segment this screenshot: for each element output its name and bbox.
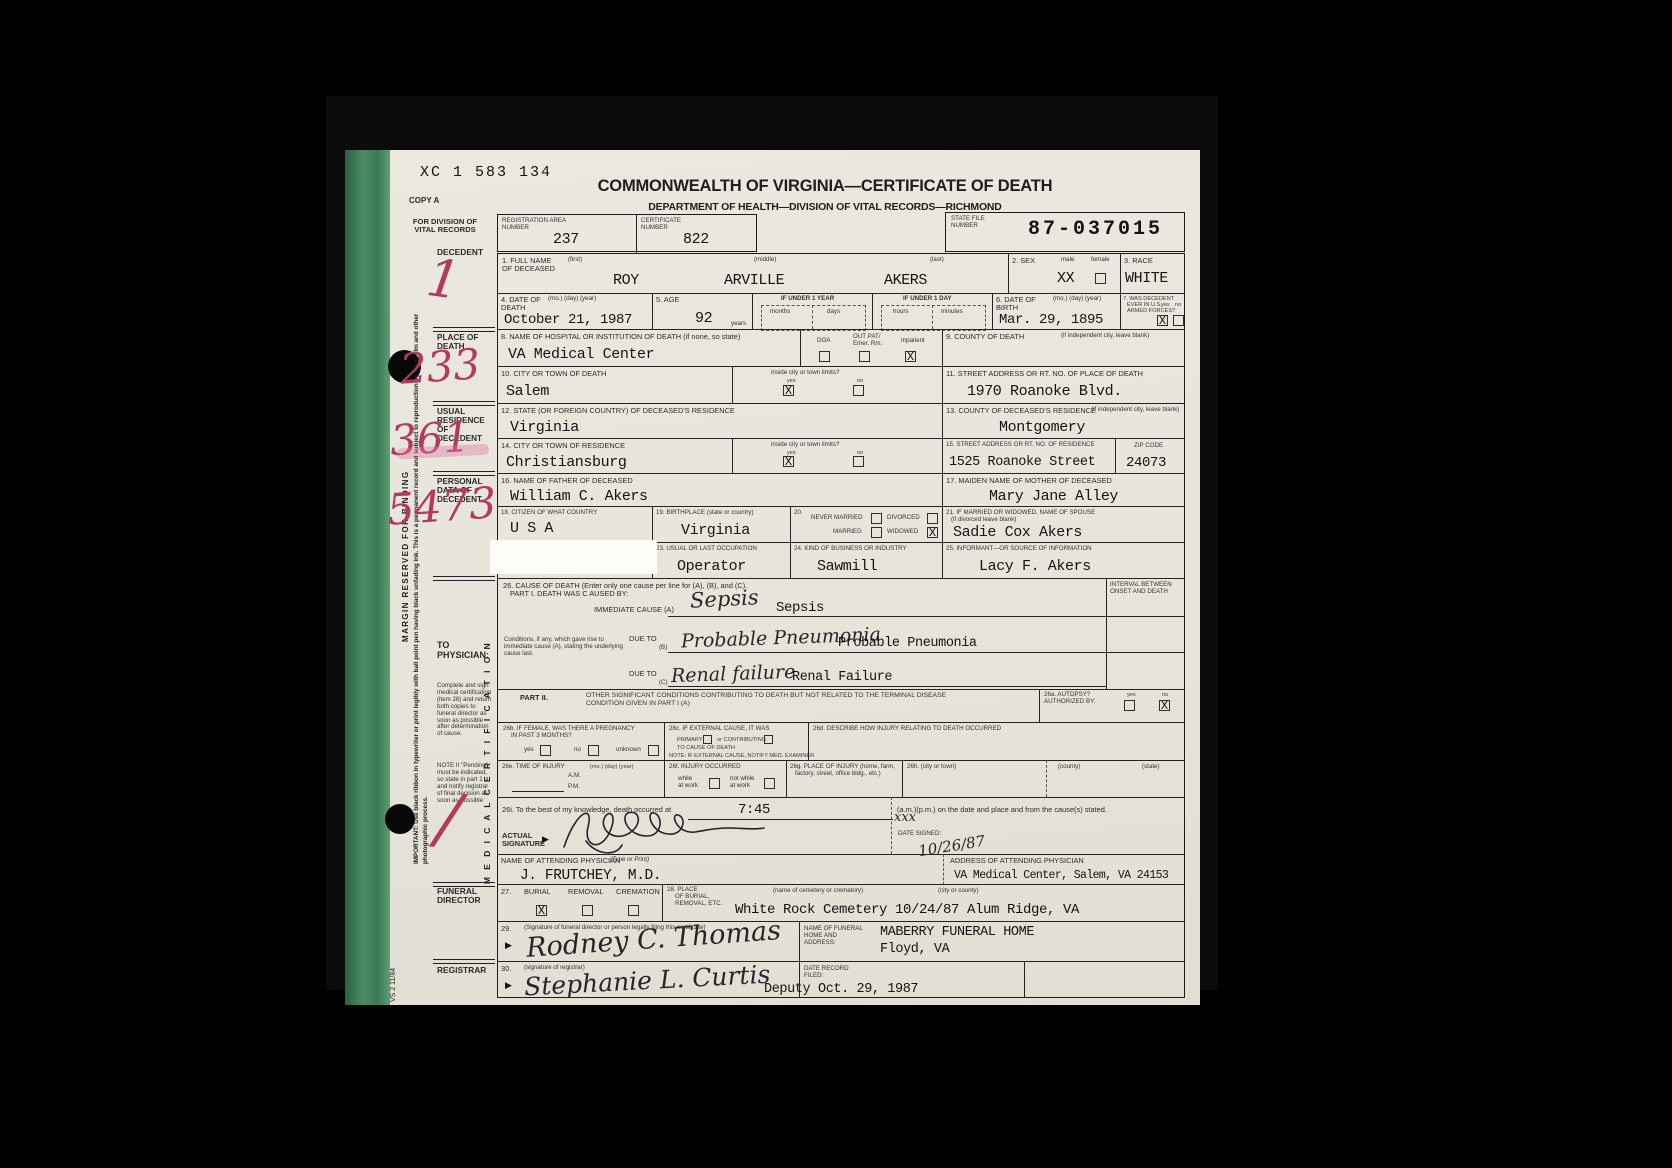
section-registrar: REGISTRAR bbox=[437, 966, 486, 974]
cell-disposition-type: 27. BURIAL REMOVAL CREMATION X bbox=[498, 885, 663, 921]
interval-rule-a bbox=[1106, 616, 1185, 617]
form-grid: 1. FULL NAME OF DECEASED (first) (middle… bbox=[497, 253, 1185, 998]
while-at-work-label2: at work bbox=[678, 783, 698, 790]
time-of-injury-label: 26e. TIME OF INJURY bbox=[502, 764, 565, 771]
interval-rule-b bbox=[1106, 652, 1185, 653]
place-of-burial-value: White Rock Cemetery 10/24/87 Alum Ridge,… bbox=[735, 903, 1079, 917]
contributing-checkbox bbox=[764, 735, 773, 744]
pregnancy-unknown-label: unknown bbox=[616, 747, 641, 754]
doa-checkbox bbox=[819, 351, 830, 362]
cell-age: 5. AGE 92 years bbox=[653, 294, 753, 329]
minutes-label: minutes bbox=[941, 309, 963, 316]
outpat-label2: Emer. Rm. bbox=[853, 341, 882, 348]
armed-forces-label3: ARMED FORCES? bbox=[1127, 308, 1175, 314]
state-file-value: 87-037015 bbox=[1028, 223, 1163, 237]
married-checkbox bbox=[871, 527, 882, 538]
pregnancy-yes-label: yes bbox=[524, 747, 534, 754]
hole-punch-bottom bbox=[385, 804, 415, 834]
business-label: 24. KIND OF BUSINESS OR INDUSTRY bbox=[794, 546, 907, 553]
cell-street-of-death: 11. STREET ADDRESS OR RT. NO. OF PLACE O… bbox=[943, 367, 1185, 403]
row-state-residence: 12. STATE (OR FOREIGN COUNTRY) OF DECEAS… bbox=[498, 403, 1184, 438]
autopsy-divider bbox=[1039, 689, 1040, 722]
pregnancy-label2: IN PAST 3 MONTHS? bbox=[511, 733, 572, 740]
time-of-injury-sublabels: (mo.) (day) (year) bbox=[590, 764, 634, 770]
cell-county-residence: 13. COUNTY OF DECEASED'S RESIDENCE (if i… bbox=[943, 404, 1185, 438]
part1-label: PART I. DEATH WAS C AUSED BY: bbox=[510, 590, 628, 598]
divider-26e-26f bbox=[664, 760, 665, 797]
middle-name-value: ARVILLE bbox=[724, 274, 784, 288]
race-value: WHITE bbox=[1125, 272, 1168, 286]
attending-physician-label: NAME OF ATTENDING PHYSICIAN bbox=[501, 857, 620, 865]
cell-business: 24. KIND OF BUSINESS OR INDUSTRY Sawmill bbox=[791, 543, 943, 578]
street-of-death-value: 1970 Roanoke Blvd. bbox=[967, 385, 1122, 399]
burial-label: BURIAL bbox=[524, 888, 551, 896]
outpat-checkbox bbox=[859, 351, 870, 362]
cell-street-residence: 15. STREET ADDRESS OR RT. NO. OF RESIDEN… bbox=[943, 439, 1116, 473]
removal-label: REMOVAL bbox=[568, 888, 604, 896]
business-value: Sawmill bbox=[817, 560, 877, 574]
b-label: (B) bbox=[659, 645, 667, 652]
f30-number: 30. bbox=[501, 965, 511, 973]
divorced-label: DIVORCED bbox=[887, 515, 920, 522]
date-signed-label: DATE SIGNED: bbox=[898, 831, 941, 838]
marital-label: 20. bbox=[794, 510, 803, 517]
am-strike-handwritten: xxx bbox=[894, 810, 916, 825]
contributing-label: or CONTRIBUTING bbox=[717, 737, 766, 743]
section-divider bbox=[433, 327, 495, 332]
handwritten-code-personal: 5473 bbox=[385, 478, 498, 536]
external-cause-label: 26c. IF EXTERNAL CAUSE, IT WAS bbox=[669, 726, 770, 733]
married-label: MARRIED bbox=[833, 529, 862, 536]
sex-female-label: female bbox=[1091, 257, 1110, 264]
divider-26b-26c bbox=[664, 722, 665, 760]
occupation-value: Operator bbox=[677, 560, 746, 574]
citizen-label: 18. CITIZEN OF WHAT COUNTRY bbox=[501, 510, 597, 517]
handwritten-code-place: 233 bbox=[398, 339, 481, 393]
physician-address-divider bbox=[943, 854, 944, 885]
divider-26f-26g bbox=[786, 760, 787, 797]
limits-residence-yes-checkbox: X bbox=[783, 456, 794, 467]
certificate-number-label: CERTIFICATE NUMBER bbox=[641, 218, 701, 232]
father-value: William C. Akers bbox=[510, 490, 648, 504]
last-name-value: AKERS bbox=[884, 274, 927, 288]
registrar-signature-arrow-icon: ▶ bbox=[505, 980, 512, 991]
cause-b-typed: Probable Pneumonia bbox=[838, 637, 977, 651]
street-residence-label: 15. STREET ADDRESS OR RT. NO. OF RESIDEN… bbox=[946, 442, 1095, 449]
inpatient-label: Inpatient bbox=[901, 338, 925, 345]
cell-county-of-death: 9. COUNTY OF DEATH (if independent city,… bbox=[943, 330, 1185, 366]
age-years-label: years bbox=[731, 321, 746, 328]
city-of-death-value: Salem bbox=[506, 385, 549, 399]
cause-a-typed: Sepsis bbox=[776, 601, 824, 615]
injury-state-divider bbox=[1046, 760, 1047, 797]
f27-number: 27. bbox=[501, 888, 511, 896]
external-cause-note: NOTE: IF EXTERNAL CAUSE, NOTIFY MED. EXA… bbox=[669, 753, 814, 759]
cell-father: 16. NAME OF FATHER OF DECEASED William C… bbox=[498, 474, 943, 506]
cremation-label: CREMATION bbox=[616, 888, 660, 896]
hospital-label: 8. NAME OF HOSPITAL OR INSTITUTION OF DE… bbox=[501, 333, 740, 341]
binding-strip bbox=[345, 150, 390, 1005]
funeral-signature-arrow-icon: ▶ bbox=[505, 940, 512, 951]
father-label: 16. NAME OF FATHER OF DECEASED bbox=[501, 477, 633, 485]
row-26i-rule bbox=[498, 797, 1185, 798]
never-married-label: NEVER MARRIED bbox=[811, 515, 863, 522]
inpatient-checkbox: X bbox=[905, 351, 916, 362]
redaction-box bbox=[490, 540, 657, 574]
sex-male-label: male bbox=[1061, 257, 1074, 264]
physician-address-value: VA Medical Center, Salem, VA 24153 bbox=[954, 869, 1168, 883]
cell-city-of-death: 10. CITY OR TOWN OF DEATH Salem bbox=[498, 367, 733, 403]
cell-city-residence: 14. CITY OR TOWN OF RESIDENCE Christians… bbox=[498, 439, 733, 473]
burial-checkbox: X bbox=[536, 905, 547, 916]
injury-city-label: 26h. (city or town) bbox=[907, 764, 956, 771]
signature-arrow-icon: ▶ bbox=[542, 834, 549, 845]
limits-residence-label: inside city or town limits? bbox=[771, 442, 839, 449]
cell-if-under-1-year: IF UNDER 1 YEAR months days bbox=[753, 294, 873, 329]
date-of-death-label2: DEATH bbox=[501, 304, 526, 312]
registration-boxes: REGISTRATION AREA NUMBER 237 CERTIFICATE… bbox=[497, 214, 757, 252]
handwritten-code-decedent: 1 bbox=[423, 248, 464, 312]
row-26b-rule bbox=[498, 722, 1185, 723]
cell-city-limits-death: inside city or town limits? yes no X bbox=[733, 367, 943, 403]
cause-c-line bbox=[668, 686, 1106, 687]
actual-signature-label2: SIGNATURE bbox=[502, 840, 545, 848]
part2-top-rule bbox=[498, 689, 1185, 690]
not-while-label2: at work bbox=[730, 783, 750, 790]
county-residence-value: Montgomery bbox=[999, 421, 1085, 435]
full-name-label2: OF DECEASED bbox=[502, 265, 555, 273]
cell-funeral-director: 29. (Signature of funeral director or pe… bbox=[498, 922, 1185, 961]
row-medical-certification: 26. CAUSE OF DEATH (Enter only one cause… bbox=[498, 578, 1184, 884]
cell-zip: ZIP CODE 24073 bbox=[1116, 439, 1185, 473]
interval-label: INTERVAL BETWEEN ONSET AND DEATH bbox=[1110, 582, 1182, 596]
age-label: 5. AGE bbox=[656, 296, 679, 304]
cell-if-under-1-day: IF UNDER 1 DAY hours minutes bbox=[873, 294, 993, 329]
part2-label: PART II. bbox=[520, 694, 548, 702]
city-residence-value: Christiansburg bbox=[506, 456, 626, 470]
part2-text: OTHER SIGNIFICANT CONDITIONS CONTRIBUTIN… bbox=[586, 692, 986, 707]
pm-label: P.M. bbox=[568, 784, 580, 791]
funeral-home-label3: ADDRESS: bbox=[804, 940, 836, 947]
mother-label: 17. MAIDEN NAME OF MOTHER OF DECEASED bbox=[946, 477, 1112, 485]
under-1-year-label: IF UNDER 1 YEAR bbox=[781, 296, 834, 303]
birthplace-label: 19. BIRTHPLACE (state or country) bbox=[656, 510, 754, 517]
funeral-director-signature: Rodney C. Thomas bbox=[525, 915, 782, 964]
injury-state-label: (state) bbox=[1142, 764, 1160, 771]
zip-value: 24073 bbox=[1126, 456, 1166, 470]
cell-date-of-birth: 6. DATE OF BIRTH (mo.) (day) (year) Mar.… bbox=[993, 294, 1121, 329]
primary-label: PRIMARY bbox=[677, 737, 702, 743]
pregnancy-yes-checkbox bbox=[540, 745, 551, 756]
row-26e-rule bbox=[498, 760, 1185, 761]
date-filed-value: Oct. 29, 1987 bbox=[818, 983, 918, 997]
cell-date-of-death: 4. DATE OF DEATH (mo.) (day) (year) Octo… bbox=[498, 294, 653, 329]
state-file-label: STATE FILE NUMBER bbox=[951, 216, 997, 230]
first-name-value: ROY bbox=[613, 274, 639, 288]
date-of-birth-value: Mar. 29, 1895 bbox=[999, 313, 1103, 327]
sex-male-mark: XX bbox=[1057, 272, 1074, 286]
autopsy-yes-checkbox bbox=[1124, 700, 1135, 711]
to-cause-label: TO CAUSE OF DEATH bbox=[677, 745, 735, 751]
autopsy-no-label: no bbox=[1162, 692, 1168, 698]
date-of-birth-sublabels: (mo.) (day) (year) bbox=[1053, 296, 1101, 303]
county-of-death-note: (if independent city, leave blank) bbox=[1061, 333, 1149, 340]
cemetery-note: (name of cemetery or crematory) bbox=[773, 888, 863, 895]
date-of-birth-label2: BIRTH bbox=[996, 304, 1018, 312]
due-to-c-label: DUE TO bbox=[629, 670, 657, 678]
physician-instruction-note: Complete and sign medical certification … bbox=[437, 683, 493, 738]
cell-citizen: 18. CITIZEN OF WHAT COUNTRY U S A bbox=[498, 507, 653, 542]
cell-occupation: 23. USUAL OR LAST OCCUPATION Operator bbox=[653, 543, 791, 578]
hospital-value: VA Medical Center bbox=[508, 348, 654, 362]
death-certificate: MARGIN RESERVED FOR BINDING IMPORTANT: U… bbox=[345, 150, 1200, 1005]
funeral-home-value: MABERRY FUNERAL HOME bbox=[880, 926, 1034, 940]
autopsy-yes-label: yes bbox=[1127, 692, 1136, 698]
section-divider bbox=[433, 959, 495, 964]
divider-26g-26h bbox=[902, 760, 903, 797]
pregnancy-unknown-checkbox bbox=[648, 745, 659, 756]
armed-forces-no-label: no bbox=[1175, 302, 1181, 308]
row-citizenship: 18. CITIZEN OF WHAT COUNTRY U S A 19. BI… bbox=[498, 506, 1184, 542]
death-occurred-rest: (a.m.)(p.m.) on the date and place and f… bbox=[897, 806, 1107, 814]
cell-informant: 25. INFORMANT—OR SOURCE OF INFORMATION L… bbox=[943, 543, 1185, 578]
spouse-note: (if divorced leave blank) bbox=[951, 517, 1016, 524]
never-married-checkbox bbox=[871, 513, 882, 524]
copy-for-label: FOR DIVISION OF VITAL RECORDS bbox=[403, 218, 487, 234]
birthplace-value: Virginia bbox=[681, 524, 750, 538]
due-to-b-label: DUE TO bbox=[629, 635, 657, 643]
row-parents: 16. NAME OF FATHER OF DECEASED William C… bbox=[498, 473, 1184, 506]
primary-checkbox bbox=[703, 735, 712, 744]
cell-sex: 2. SEX male female XX bbox=[1009, 254, 1121, 293]
armed-forces-yes-checkbox: X bbox=[1157, 315, 1168, 326]
date-record-label2: FILED: bbox=[804, 973, 823, 980]
state-residence-label: 12. STATE (OR FOREIGN COUNTRY) OF DECEAS… bbox=[501, 407, 735, 415]
row-funeral-director: 29. (Signature of funeral director or pe… bbox=[498, 921, 1184, 961]
row-city-of-death: 10. CITY OR TOWN OF DEATH Salem inside c… bbox=[498, 366, 1184, 403]
cause-c-typed: Renal Failure bbox=[792, 671, 892, 685]
registration-area-value: 237 bbox=[553, 233, 579, 247]
cell-armed-forces: 7. WAS DECEDENT EVER IN U.S. ARMED FORCE… bbox=[1121, 294, 1185, 329]
cell-race: 3. RACE WHITE bbox=[1121, 254, 1185, 293]
date-of-death-sublabels: (mo.) (day) (year) bbox=[548, 296, 596, 303]
sex-label: 2. SEX bbox=[1012, 257, 1035, 265]
limits-label: inside city or town limits? bbox=[771, 370, 839, 377]
limits-no-label: no bbox=[857, 378, 863, 384]
spouse-value: Sadie Cox Akers bbox=[953, 526, 1082, 540]
race-label: 3. RACE bbox=[1124, 257, 1153, 265]
last-label: (last) bbox=[930, 257, 944, 264]
cause-a-line bbox=[668, 616, 1106, 617]
funeral-home-city-value: Floyd, VA bbox=[880, 943, 949, 957]
place-of-burial-label3: REMOVAL, ETC. bbox=[675, 901, 722, 908]
city-county-note: (city or county) bbox=[938, 888, 979, 895]
row-date-of-death: 4. DATE OF DEATH (mo.) (day) (year) Octo… bbox=[498, 293, 1184, 329]
city-residence-label: 14. CITY OR TOWN OF RESIDENCE bbox=[501, 442, 625, 450]
sex-female-checkbox bbox=[1095, 273, 1106, 284]
cell-hospital: 8. NAME OF HOSPITAL OR INSTITUTION OF DE… bbox=[498, 330, 801, 366]
c-label: (C) bbox=[659, 680, 668, 687]
armed-forces-no-checkbox bbox=[1173, 315, 1184, 326]
under-1-day-divider bbox=[932, 305, 933, 329]
cause-c-handwritten: Renal failure bbox=[671, 661, 796, 687]
state-file-box: STATE FILE NUMBER 87-037015 bbox=[945, 212, 1185, 252]
immediate-cause-label: IMMEDIATE CAUSE (A) bbox=[594, 606, 674, 614]
under-1-day-label: IF UNDER 1 DAY bbox=[903, 296, 952, 303]
county-residence-note: (if independent city, leave blank) bbox=[1091, 407, 1179, 414]
autopsy-label2: AUTHORIZED BY: bbox=[1044, 699, 1096, 706]
limits-no-checkbox bbox=[853, 385, 864, 396]
cell-state-residence: 12. STATE (OR FOREIGN COUNTRY) OF DECEAS… bbox=[498, 404, 943, 438]
registration-area-label: REGISTRATION AREA NUMBER bbox=[502, 218, 572, 232]
pregnancy-no-label: no bbox=[574, 747, 581, 754]
widowed-label: WIDOWED bbox=[887, 529, 918, 536]
months-label: months bbox=[770, 309, 790, 316]
street-residence-value: 1525 Roanoke Street bbox=[949, 456, 1095, 470]
copy-label: COPY A bbox=[409, 197, 439, 205]
autopsy-no-checkbox: X bbox=[1159, 700, 1170, 711]
form-number: VS 2 11/84 bbox=[390, 940, 397, 1002]
cell-registrar: 30. (signature of registrar) ▶ Stephanie… bbox=[498, 962, 1185, 998]
hours-label: hours bbox=[893, 309, 908, 316]
cell-spouse: 21. IF MARRIED OR WIDOWED, NAME OF SPOUS… bbox=[943, 507, 1185, 542]
county-of-death-label: 9. COUNTY OF DEATH bbox=[946, 333, 1024, 341]
physician-signature bbox=[556, 801, 771, 857]
cell-death-status: DOA OUT PAT/ Emer. Rm. Inpatient X bbox=[801, 330, 943, 366]
pregnancy-no-checkbox bbox=[588, 745, 599, 756]
cremation-checkbox bbox=[628, 905, 639, 916]
physician-address-label: ADDRESS OF ATTENDING PHYSICIAN bbox=[950, 857, 1084, 865]
section-to-physician: TO PHYSICIAN: bbox=[437, 640, 495, 660]
street-of-death-label: 11. STREET ADDRESS OR RT. NO. OF PLACE O… bbox=[946, 370, 1143, 378]
doa-label: DOA bbox=[817, 338, 830, 345]
cell-place-of-burial: 28. PLACE OF BURIAL, REMOVAL, ETC. (name… bbox=[663, 885, 1185, 921]
cell-medical-certification: 26. CAUSE OF DEATH (Enter only one cause… bbox=[498, 579, 1185, 884]
armed-forces-yes-label: yes bbox=[1161, 302, 1170, 308]
city-of-death-label: 10. CITY OR TOWN OF DEATH bbox=[501, 370, 606, 378]
widowed-checkbox: X bbox=[927, 527, 938, 538]
row-full-name: 1. FULL NAME OF DECEASED (first) (middle… bbox=[498, 254, 1184, 293]
county-residence-label: 13. COUNTY OF DECEASED'S RESIDENCE bbox=[946, 407, 1096, 415]
certificate-number-value: 822 bbox=[683, 233, 709, 247]
age-value: 92 bbox=[695, 312, 712, 326]
cause-a-handwritten: Sepsis bbox=[689, 585, 759, 613]
row-disposition: 27. BURIAL REMOVAL CREMATION X 28. PLACE… bbox=[498, 884, 1184, 921]
zip-label: ZIP CODE bbox=[1134, 443, 1163, 450]
date-signed-divider bbox=[891, 797, 892, 854]
attending-physician-note: (Type or Print) bbox=[610, 857, 649, 864]
citizen-value: U S A bbox=[510, 522, 553, 536]
not-while-checkbox bbox=[764, 778, 775, 789]
cell-city-limits-residence: inside city or town limits? yes no X bbox=[733, 439, 943, 473]
date-of-death-value: October 21, 1987 bbox=[504, 313, 632, 327]
time-line bbox=[512, 791, 564, 792]
section-divider bbox=[433, 576, 495, 581]
physician-row-rule bbox=[498, 854, 1185, 855]
row-registrar: 30. (signature of registrar) ▶ Stephanie… bbox=[498, 961, 1184, 998]
removal-checkbox bbox=[582, 905, 593, 916]
conditions-note: Conditions, if any, which gave rise to i… bbox=[504, 637, 626, 658]
describe-injury-label: 26d. DESCRIBE HOW INJURY RELATING TO DEA… bbox=[813, 726, 1001, 733]
days-label: days bbox=[827, 309, 840, 316]
section-divider bbox=[433, 471, 495, 476]
am-label: A.M. bbox=[568, 773, 581, 780]
funeral-home-divider bbox=[799, 922, 800, 962]
injury-occurred-label: 26f. INJURY OCCURRED bbox=[669, 764, 741, 771]
cell-marital-status: 20. NEVER MARRIED DIVORCED MARRIED WIDOW… bbox=[791, 507, 943, 542]
injury-county-label: (county) bbox=[1058, 764, 1080, 771]
place-of-injury-label2: factory, street, office bldg., etc.) bbox=[795, 771, 881, 778]
informant-value: Lacy F. Akers bbox=[979, 560, 1091, 574]
state-residence-value: Virginia bbox=[510, 421, 579, 435]
section-divider bbox=[433, 401, 495, 406]
under-1-year-divider bbox=[812, 305, 813, 329]
limits-residence-no-checkbox bbox=[853, 456, 864, 467]
mother-value: Mary Jane Alley bbox=[989, 490, 1118, 504]
row-city-residence: 14. CITY OR TOWN OF RESIDENCE Christians… bbox=[498, 438, 1184, 473]
divorced-checkbox bbox=[927, 513, 938, 524]
while-at-work-checkbox bbox=[709, 778, 720, 789]
middle-label: (middle) bbox=[754, 257, 776, 264]
f29-number: 29. bbox=[501, 925, 511, 933]
limits-yes-checkbox: X bbox=[783, 385, 794, 396]
occupation-label: 23. USUAL OR LAST OCCUPATION bbox=[656, 546, 757, 553]
deputy-value: Deputy bbox=[764, 983, 810, 997]
photo-background: { "document": { "stamp": "XC 1 583 134",… bbox=[0, 0, 1672, 1168]
interval-column-line bbox=[1106, 579, 1107, 689]
attending-physician-value: J. FRUTCHEY, M.D. bbox=[520, 869, 661, 883]
stamp-number: XC 1 583 134 bbox=[420, 166, 552, 180]
cell-mother: 17. MAIDEN NAME OF MOTHER OF DECEASED Ma… bbox=[943, 474, 1185, 506]
cause-b-line bbox=[668, 652, 1106, 653]
row-hospital: 8. NAME OF HOSPITAL OR INSTITUTION OF DE… bbox=[498, 329, 1184, 366]
section-funeral-director: FUNERAL DIRECTOR bbox=[437, 887, 495, 906]
cell-birthplace: 19. BIRTHPLACE (state or country) Virgin… bbox=[653, 507, 791, 542]
first-label: (first) bbox=[568, 257, 582, 264]
certificate-title: COMMONWEALTH OF VIRGINIA—CERTIFICATE OF … bbox=[545, 177, 1105, 196]
registrar-empty-cell-divider bbox=[1024, 962, 1025, 998]
cell-full-name: 1. FULL NAME OF DECEASED (first) (middle… bbox=[498, 254, 1009, 293]
registration-divider bbox=[636, 215, 637, 253]
informant-label: 25. INFORMANT—OR SOURCE OF INFORMATION bbox=[946, 546, 1092, 553]
